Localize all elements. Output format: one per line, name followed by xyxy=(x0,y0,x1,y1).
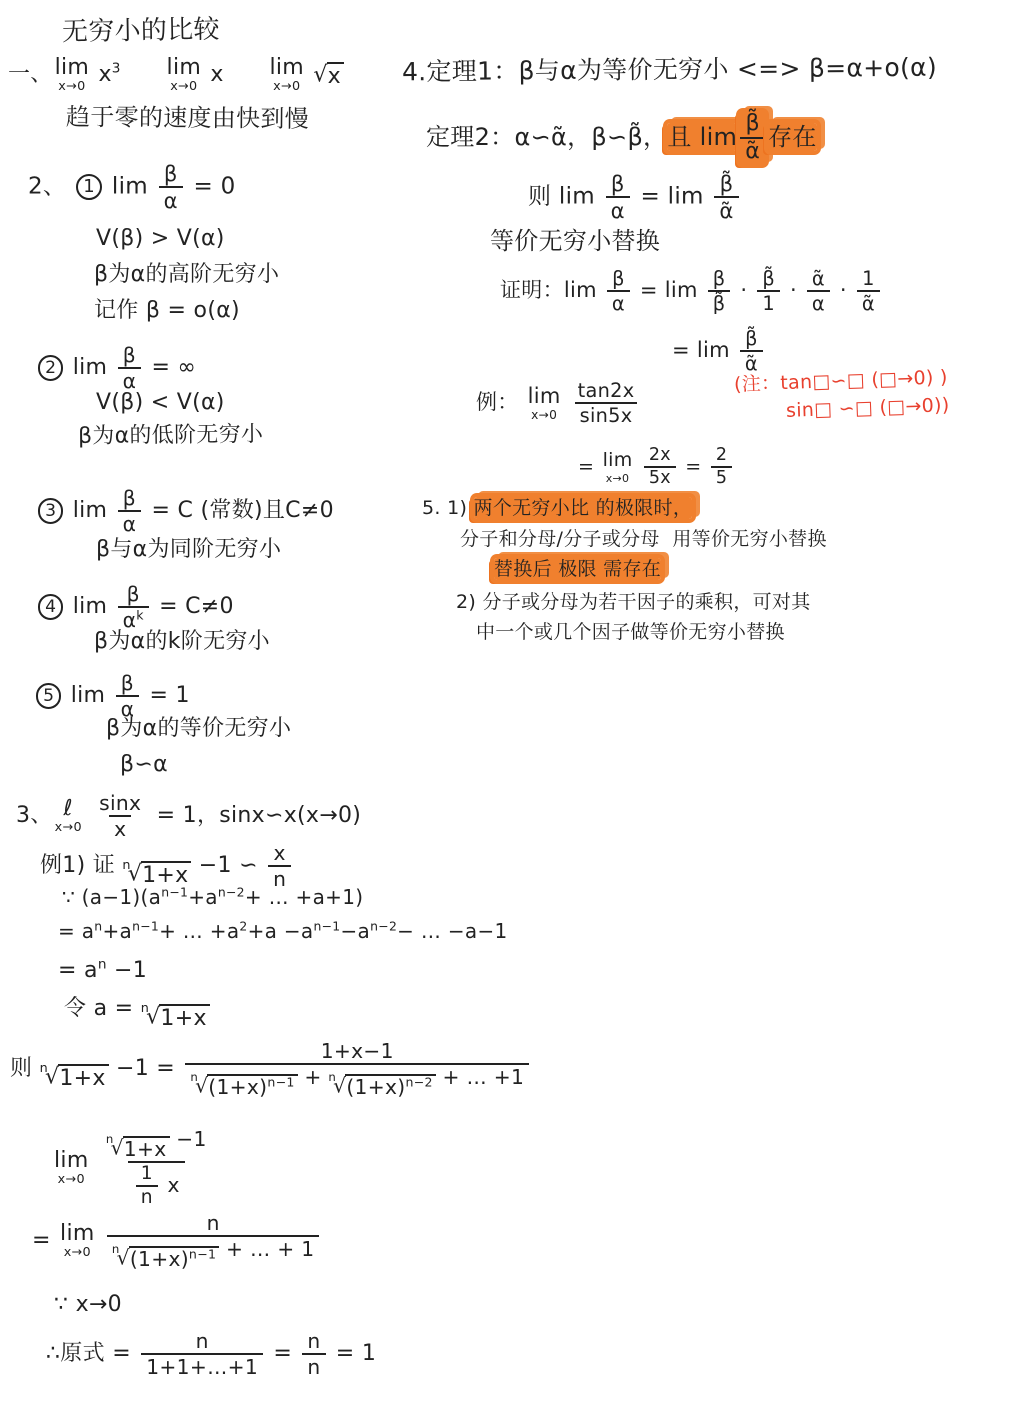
fraction: βα xyxy=(606,172,630,222)
note-line: = limx→0 nn√(1+x)n−1 + … + 1 xyxy=(32,1212,322,1270)
superscript: n−1 xyxy=(313,918,340,933)
text-run: 则 lim xyxy=(528,184,603,210)
text-run: −1 xyxy=(107,958,147,983)
text-run: = lim xyxy=(633,278,705,302)
limit-notation: limx→0 xyxy=(167,56,202,94)
text-run: lim xyxy=(65,355,114,380)
limit-notation: limx→0 xyxy=(54,1149,89,1187)
note-line: = an+an−1+ … +a2+a −an−1−an−2− … −a−1 xyxy=(58,920,508,944)
text-run: = C≠0 xyxy=(152,594,234,619)
text-run: + … +a+1) xyxy=(245,885,363,909)
text-run: 2、 xyxy=(28,174,74,200)
text-run: x xyxy=(161,1173,180,1197)
limit-notation: limx→0 xyxy=(269,56,304,94)
superscript: n−1 xyxy=(267,1074,294,1089)
note-line: β为α的k阶无穷小 xyxy=(94,629,270,655)
fraction: n√1+x −11n x xyxy=(101,1128,212,1208)
note-line: 等价无穷小替换 xyxy=(490,227,660,255)
text-run: x xyxy=(203,62,267,87)
circled-number: 2 xyxy=(38,355,63,380)
radical: n√1+x xyxy=(40,1064,109,1092)
text-run: 4.定理1：β与α为等价无穷小 <=> β=α+o(α) xyxy=(402,53,937,87)
note-line: ∵ x→0 xyxy=(54,1292,122,1318)
note-line: ∵ (a−1)(an−1+an−2+ … +a+1) xyxy=(62,886,363,910)
text-run: lim xyxy=(63,683,112,708)
text-run: 且 lim xyxy=(667,123,737,151)
text-run: −1 xyxy=(170,1127,207,1151)
note-line: β与α为同阶无穷小 xyxy=(96,537,281,563)
note-line: 则 lim βα = lim β̃α̃ xyxy=(528,172,742,222)
fraction: α̃α xyxy=(807,268,830,314)
fraction: 1α̃ xyxy=(857,268,880,314)
fraction: 1n xyxy=(136,1164,158,1209)
text-run: ∴原式 = xyxy=(46,1341,138,1366)
text-run: 存在 xyxy=(768,123,817,151)
text-run: 无穷小的比较 xyxy=(62,15,220,48)
text-run: 例： xyxy=(476,390,526,414)
text-run: + xyxy=(298,1065,329,1089)
text-run: 令 a = xyxy=(64,996,141,1021)
text-run: 证明：lim xyxy=(500,278,604,302)
text-run: = 1，sinx∽x(x→0) xyxy=(149,803,361,828)
fraction: βα xyxy=(159,162,183,212)
text-run: lim xyxy=(65,498,114,523)
limit-notation: limx→0 xyxy=(528,385,561,421)
fraction: β̃α̃ xyxy=(714,172,738,222)
superscript: n xyxy=(98,957,107,973)
text-run: −1 ∽ xyxy=(191,853,265,878)
radical: n√(1+x)n−1 xyxy=(112,1246,219,1271)
circled-number: 1 xyxy=(76,174,102,200)
radical: √x xyxy=(313,62,344,90)
note-line: 一、limx→0 x3 limx→0 x limx→0 √x xyxy=(8,56,344,94)
text-run: 等价无穷小替换 xyxy=(490,227,660,255)
text-run: = 1 xyxy=(142,683,190,708)
text-run: +a −a xyxy=(248,919,314,943)
text-run: = C (常数)且C≠0 xyxy=(144,498,334,523)
superscript: k xyxy=(136,607,144,622)
note-line: 5. 1) 两个无穷小比 的极限时， xyxy=(422,497,692,519)
note-line: 3 lim βα = C (常数)且C≠0 xyxy=(36,487,334,535)
text-run: = a xyxy=(58,919,94,943)
text-run: x xyxy=(91,62,112,87)
superscript: n−2 xyxy=(405,1074,432,1089)
text-run: β∽α xyxy=(120,752,168,777)
text-run: β为α的k阶无穷小 xyxy=(94,629,270,654)
fraction: β̃1 xyxy=(757,268,780,314)
text-run: −a xyxy=(341,919,371,943)
circled-number: 4 xyxy=(38,594,63,619)
text-run: + … +a xyxy=(159,919,239,943)
text-run xyxy=(84,803,91,828)
fraction: 25 xyxy=(711,446,732,488)
fraction: β̃α̃ xyxy=(740,328,763,374)
fraction: sinxx xyxy=(94,792,146,840)
note-line: 2、 1 lim βα = 0 xyxy=(28,162,236,212)
text-run: 一、 xyxy=(8,62,53,87)
radical: n√1+x xyxy=(106,1136,170,1161)
fraction: βα xyxy=(607,268,630,314)
note-line: 令 a = n√1+x xyxy=(64,996,210,1032)
note-line: 定理2：α∽α̃，β∽β̃，且 limβ̃α̃存在 xyxy=(426,112,817,164)
superscript: n−2 xyxy=(370,918,397,933)
note-line: 趋于零的速度由快到慢 xyxy=(66,103,309,133)
text-run: V(β) < V(α) xyxy=(96,390,225,415)
circled-number: 3 xyxy=(38,498,63,523)
text-run: = 1 xyxy=(329,1341,377,1366)
text-run: 例1) 证 xyxy=(40,853,122,878)
text-run: · xyxy=(733,278,754,302)
superscript: n−1 xyxy=(161,884,188,899)
text-run: = lim xyxy=(672,338,737,362)
fraction: βα xyxy=(116,672,140,720)
text-run: 记作 β = o(α) xyxy=(94,298,240,323)
text-run: lim xyxy=(65,594,114,619)
note-line: V(β) < V(α) xyxy=(96,390,225,416)
text-run: 替换后 极限 需存在 xyxy=(494,558,661,580)
text-run: (1+x) xyxy=(208,1075,267,1099)
note-line: = limx→0 2x5x = 25 xyxy=(578,446,735,488)
text-run: 分子和分母/分子或分母 用等价无穷小替换 xyxy=(460,528,827,550)
text-run xyxy=(563,390,570,414)
text-run: +a xyxy=(102,919,132,943)
text-run: 趋于零的速度由快到慢 xyxy=(66,103,309,133)
superscript: 3 xyxy=(112,61,121,77)
notebook-page: 无穷小的比较一、limx→0 x3 limx→0 x limx→0 √x趋于零的… xyxy=(0,0,1029,1420)
text-run: (1+x) xyxy=(130,1247,189,1271)
text-run: β为α的等价无穷小 xyxy=(106,716,291,741)
text-run xyxy=(91,1155,98,1180)
note-line: 替换后 极限 需存在 xyxy=(494,558,661,580)
text-run xyxy=(97,1228,104,1253)
radical: n√1+x xyxy=(141,1004,210,1032)
note-line: 4 lim βαk = C≠0 xyxy=(36,583,234,631)
text-run: −1 = xyxy=(109,1056,183,1081)
fraction: βα xyxy=(118,487,142,535)
text-run xyxy=(121,62,165,87)
note-line: β为α的等价无穷小 xyxy=(106,716,291,742)
note-line: ∴原式 = n1+1+…+1 = nn = 1 xyxy=(46,1330,376,1378)
text-run: + … +1 xyxy=(436,1065,524,1089)
text-run: ∵ (a−1)(a xyxy=(62,885,161,909)
text-run: lim xyxy=(104,174,155,200)
fraction: xn xyxy=(268,842,291,890)
note-line: 证明：lim βα = lim ββ̃ · β̃1 · α̃α · 1α̃ xyxy=(500,268,883,314)
text-run: = xyxy=(679,456,708,478)
note-line: 3、ℓx→0 sinxx = 1，sinx∽x(x→0) xyxy=(16,792,361,840)
limit-notation: limx→0 xyxy=(55,56,90,94)
text-run: β为α的低阶无穷小 xyxy=(78,422,264,449)
text-run: · xyxy=(833,278,854,302)
note-line: V(β) > V(α) xyxy=(96,226,225,252)
note-line: 例1) 证 n√1+x −1 ∽ xn xyxy=(40,842,294,890)
text-run: sin□ ∽□ (□→0)) xyxy=(786,394,950,422)
limit-notation: limx→0 xyxy=(603,451,633,484)
note-line: 无穷小的比较 xyxy=(62,15,220,48)
text-run: 5. 1) xyxy=(422,497,474,519)
circled-number: 5 xyxy=(36,683,61,708)
radical: n√(1+x)n−1 xyxy=(190,1074,297,1099)
fraction: nn xyxy=(302,1330,325,1378)
text-run: + … + 1 xyxy=(219,1237,314,1261)
text-run: · xyxy=(783,278,804,302)
fraction: tan2xsin5x xyxy=(573,380,640,426)
text-run: 两个无穷小比 的极限时， xyxy=(474,497,693,519)
note-line: β为α的低阶无穷小 xyxy=(78,422,264,450)
fraction: nn√(1+x)n−1 + … + 1 xyxy=(107,1212,320,1270)
text-run xyxy=(306,62,313,87)
text-run: β为α的高阶无穷小 xyxy=(94,262,279,287)
note-line: 分子和分母/分子或分母 用等价无穷小替换 xyxy=(460,528,827,550)
radical: n√(1+x)n−2 xyxy=(328,1074,435,1099)
text-run: 定理2：α∽α̃，β∽β̃， xyxy=(426,123,667,151)
note-line: = lim β̃α̃ xyxy=(672,328,766,374)
text-run: = a xyxy=(58,958,98,983)
text-run: +a xyxy=(188,885,218,909)
text-run: = 0 xyxy=(186,174,236,200)
note-line: 中一个或几个因子做等价无穷小替换 xyxy=(476,621,785,643)
text-run: = xyxy=(266,1341,299,1366)
text-run: 中一个或几个因子做等价无穷小替换 xyxy=(476,621,785,643)
note-line: β∽α xyxy=(120,752,168,778)
fraction: βαk xyxy=(118,583,149,631)
text-run: = lim xyxy=(633,184,712,210)
limit-notation: ℓx→0 xyxy=(55,797,82,835)
text-run: 则 xyxy=(10,1056,40,1081)
note-line: 2 lim βα = ∞ xyxy=(36,344,196,392)
fraction: 1+x−1n√(1+x)n−1 + n√(1+x)n−2 + … +1 xyxy=(185,1040,529,1098)
note-line: 4.定理1：β与α为等价无穷小 <=> β=α+o(α) xyxy=(402,53,937,87)
superscript: n−1 xyxy=(132,918,159,933)
text-run: − … −a−1 xyxy=(397,919,507,943)
superscript: 2 xyxy=(239,918,247,933)
fraction: βα xyxy=(118,344,142,392)
note-line: sin□ ∽□ (□→0)) xyxy=(786,394,950,422)
note-line: 2) 分子或分母为若干因子的乘积，可对其 xyxy=(456,591,811,613)
text-run: V(β) > V(α) xyxy=(96,226,225,251)
note-line: limx→0 n√1+x −11n x xyxy=(52,1128,215,1208)
fraction: ββ̃ xyxy=(708,268,731,314)
superscript: n−1 xyxy=(189,1246,216,1261)
superscript: n−2 xyxy=(218,884,245,899)
text-run: = ∞ xyxy=(144,355,196,380)
note-line: 5 lim βα = 1 xyxy=(34,672,190,720)
note-line: β为α的高阶无穷小 xyxy=(94,262,279,288)
text-run: = xyxy=(32,1228,58,1253)
note-line: 记作 β = o(α) xyxy=(94,298,240,324)
limit-notation: limx→0 xyxy=(60,1222,95,1260)
fraction: β̃α̃ xyxy=(740,112,765,164)
text-run: β与α为同阶无穷小 xyxy=(96,537,281,562)
text-run: = xyxy=(578,456,601,478)
note-line: = an −1 xyxy=(58,958,147,984)
text-run: ∵ x→0 xyxy=(54,1292,122,1317)
fraction: 2x5x xyxy=(644,446,676,488)
note-line: 则 n√1+x −1 = 1+x−1n√(1+x)n−1 + n√(1+x)n−… xyxy=(10,1040,532,1098)
text-run: (1+x) xyxy=(346,1075,405,1099)
fraction: n1+1+…+1 xyxy=(141,1330,263,1378)
text-run xyxy=(635,456,641,478)
note-line: 例： limx→0 tan2xsin5x xyxy=(476,380,642,426)
text-run: 2) 分子或分母为若干因子的乘积，可对其 xyxy=(456,591,811,613)
text-run: 3、 xyxy=(16,803,53,828)
